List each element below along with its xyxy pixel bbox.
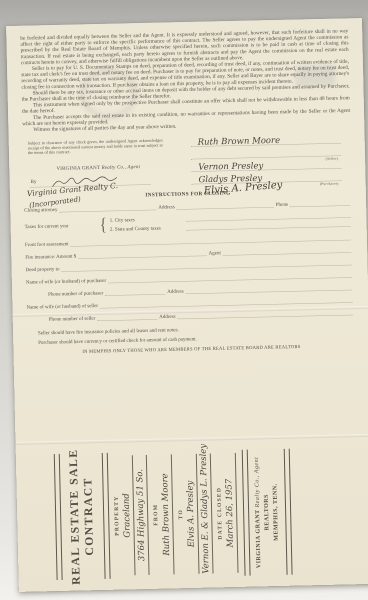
- photo-background: be forfeited and divided equally between…: [0, 0, 368, 600]
- closing-attorney-phone-field: [290, 200, 350, 207]
- phone-seller-row: Phone number of seller Address: [49, 309, 355, 322]
- signature-section: Subject to clearance of any check given,…: [23, 131, 352, 188]
- to-value-1: Elvis A. Presley: [185, 454, 200, 574]
- double-rule: [54, 454, 63, 580]
- double-rule: [102, 453, 111, 579]
- closing-notes: Seller should have fire insurance polici…: [27, 323, 355, 345]
- double-rule: [242, 450, 251, 576]
- earnest-money-clause: Subject to clearance of any check given,…: [28, 138, 163, 155]
- fire-insurance-row: Fire insurance: Amount $ Agent: [25, 247, 353, 260]
- brace-glyph: {: [99, 215, 107, 236]
- front-foot-field: [71, 234, 351, 246]
- wife-purchaser-row: Name of wife (or husband) of purchaser: [26, 272, 354, 285]
- to-value-2: Vernon E. & Gladys L. Presley: [199, 454, 214, 574]
- wife-purchaser-field: [108, 272, 352, 284]
- back-panel: REAL ESTATE SALE CONTRACT PROPERTY Grace…: [54, 441, 337, 587]
- contract-body: be forfeited and divided equally between…: [20, 28, 350, 133]
- taxes-row: Taxes for current year { 1. City taxes 2…: [24, 211, 352, 235]
- state-county-taxes-field: [187, 221, 351, 231]
- city-taxes-field: [187, 212, 351, 222]
- agent-company-line: VIRGINIA GRANT Realty Co., Agent: [23, 163, 173, 172]
- contract-document: be forfeited and divided equally between…: [6, 18, 368, 592]
- date-closed-value: March 26, 1957: [224, 453, 239, 573]
- phone-seller-field: [97, 314, 157, 321]
- double-rule: [284, 449, 293, 575]
- fire-insurance-agent-field: [223, 247, 352, 256]
- deed-property-field: [61, 259, 351, 272]
- wife-seller-field: [100, 297, 352, 309]
- closing-attorney-address-field: [177, 202, 274, 210]
- state-county-taxes-row: 2. State and County taxes: [110, 221, 353, 233]
- fire-insurance-amount-field: [78, 250, 207, 259]
- back-panel-agent-block: VIRGINIA GRANT Realty Co., Agent REALTOR…: [253, 442, 283, 583]
- property-address-value: 3764 Highway 51 So.: [135, 455, 150, 575]
- by-label: By: [31, 179, 37, 185]
- property-value: Graceland: [121, 455, 136, 575]
- deed-property-row: Deed property to: [26, 259, 354, 272]
- from-value: Ruth Brown Moore: [160, 454, 175, 574]
- instructions-for-closing: INSTRUCTIONS FOR CLOSING Closing attorne…: [24, 188, 356, 356]
- phone-purchaser-field: [105, 289, 165, 296]
- seller-address-field: [178, 309, 353, 319]
- front-foot-row: Front foot assessment: [25, 234, 353, 247]
- purchaser-address-field: [186, 284, 353, 294]
- realtors-footer-line: IN MEMPHIS ONLY THOSE WHO ARE MEMBERS OF…: [27, 343, 355, 355]
- back-panel-title: REAL ESTATE SALE CONTRACT: [67, 446, 98, 587]
- phone-purchaser-row: Phone number of purchaser Address: [48, 284, 354, 297]
- purchaser-label: (Purchaser): [320, 182, 339, 186]
- closing-attorney-field: [59, 204, 156, 212]
- wife-seller-row: Name of wife (or husband) of seller: [26, 297, 354, 310]
